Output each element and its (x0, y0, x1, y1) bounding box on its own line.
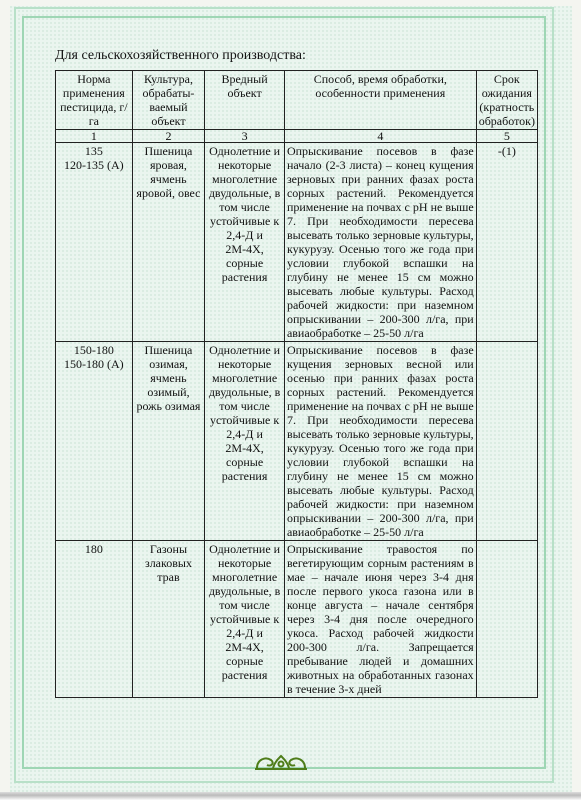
column-number-row: 1 2 3 4 5 (56, 130, 538, 143)
table-row: 180 Газоны злаковых трав Однолетние и не… (56, 541, 538, 698)
header-pest: Вредный объект (205, 71, 285, 130)
cell-crop: Пшеница яровая, ячмень яровой, овес (132, 143, 205, 342)
cell-pest: Однолетние и некоторые многолетние двудо… (205, 342, 285, 541)
column-number: 1 (56, 130, 133, 143)
column-number: 4 (284, 130, 476, 143)
column-number: 2 (132, 130, 205, 143)
cell-crop: Газоны злаковых трав (132, 541, 205, 698)
column-number: 5 (476, 130, 537, 143)
table-row: 150-180 150-180 (А) Пшеница озимая, ячме… (56, 342, 538, 541)
cell-waiting (476, 342, 537, 541)
scan-shadow (0, 792, 581, 800)
table-row: 135 120-135 (А) Пшеница яровая, ячмень я… (56, 143, 538, 342)
cell-rate: 150-180 150-180 (А) (56, 342, 133, 541)
cell-pest: Однолетние и некоторые многолетние двудо… (205, 541, 285, 698)
cell-rate: 135 120-135 (А) (56, 143, 133, 342)
section-heading: Для сельскохозяйственного производства: (55, 48, 306, 64)
cell-method: Опрыскивание травостоя по вегетирующим с… (284, 541, 476, 698)
column-number: 3 (205, 130, 285, 143)
header-rate: Норма применения пестицида, г/га (56, 71, 133, 130)
application-regulations-table: Норма применения пестицида, г/га Культур… (55, 70, 538, 698)
cell-method: Опрыскивание посевов в фазе кущения зерн… (284, 342, 476, 541)
cell-pest: Однолетние и некоторые многолетние двудо… (205, 143, 285, 342)
cell-rate: 180 (56, 541, 133, 698)
cell-waiting: -(1) (476, 143, 537, 342)
cell-waiting (476, 541, 537, 698)
header-method: Способ, время обработки, особенности при… (284, 71, 476, 130)
table-header-row: Норма применения пестицида, г/га Культур… (56, 71, 538, 130)
header-crop: Культура, обрабаты-ваемый объект (132, 71, 205, 130)
cell-method: Опрыскивание посевов в фазе начало (2-3 … (284, 143, 476, 342)
floral-ornament-icon (253, 752, 309, 770)
header-waiting: Срок ожидания (кратность обработок) (476, 71, 537, 130)
cell-crop: Пшеница озимая, ячмень озимый, рожь озим… (132, 342, 205, 541)
